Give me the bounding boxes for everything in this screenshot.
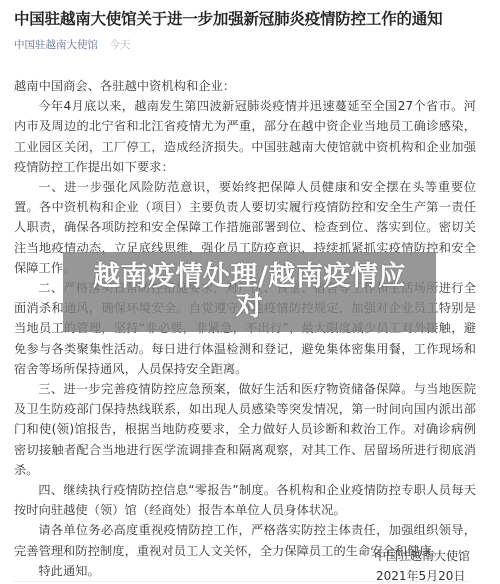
divider [14, 581, 470, 582]
overlay-caption: 越南疫情处理/越南疫情应对 [85, 262, 415, 322]
article-meta: 中国驻越南大使馆 今天 [14, 37, 130, 53]
watermark-overlay: 越南疫情处理/越南疫情应对 [63, 252, 436, 332]
paragraph-4: 四、继续执行疫情防控信息“零报告”制度。各机构和企业疫情防控专职人员每天按时向驻… [14, 480, 476, 520]
paragraph-3: 三、进一步完善疫情防控应急预案，做好生活和医疗物资储备保障。与当地医院及卫生防疫… [14, 379, 476, 480]
article-title: 中国驻越南大使馆关于进一步加强新冠肺炎疫情防控工作的通知 [14, 8, 484, 30]
publish-date: 今天 [109, 39, 130, 51]
paragraph-intro: 今年4月底以来，越南发生第四波新冠肺炎疫情并迅速蔓延至全国27个省市。河内市及周… [14, 96, 476, 177]
signature-block: 中国驻越南大使馆 2021年5月20日 [374, 546, 470, 584]
signature-org: 中国驻越南大使馆 [374, 546, 470, 566]
salutation: 越南中国商会、各驻越中资机构和企业： [14, 76, 476, 96]
author-link[interactable]: 中国驻越南大使馆 [14, 39, 98, 51]
